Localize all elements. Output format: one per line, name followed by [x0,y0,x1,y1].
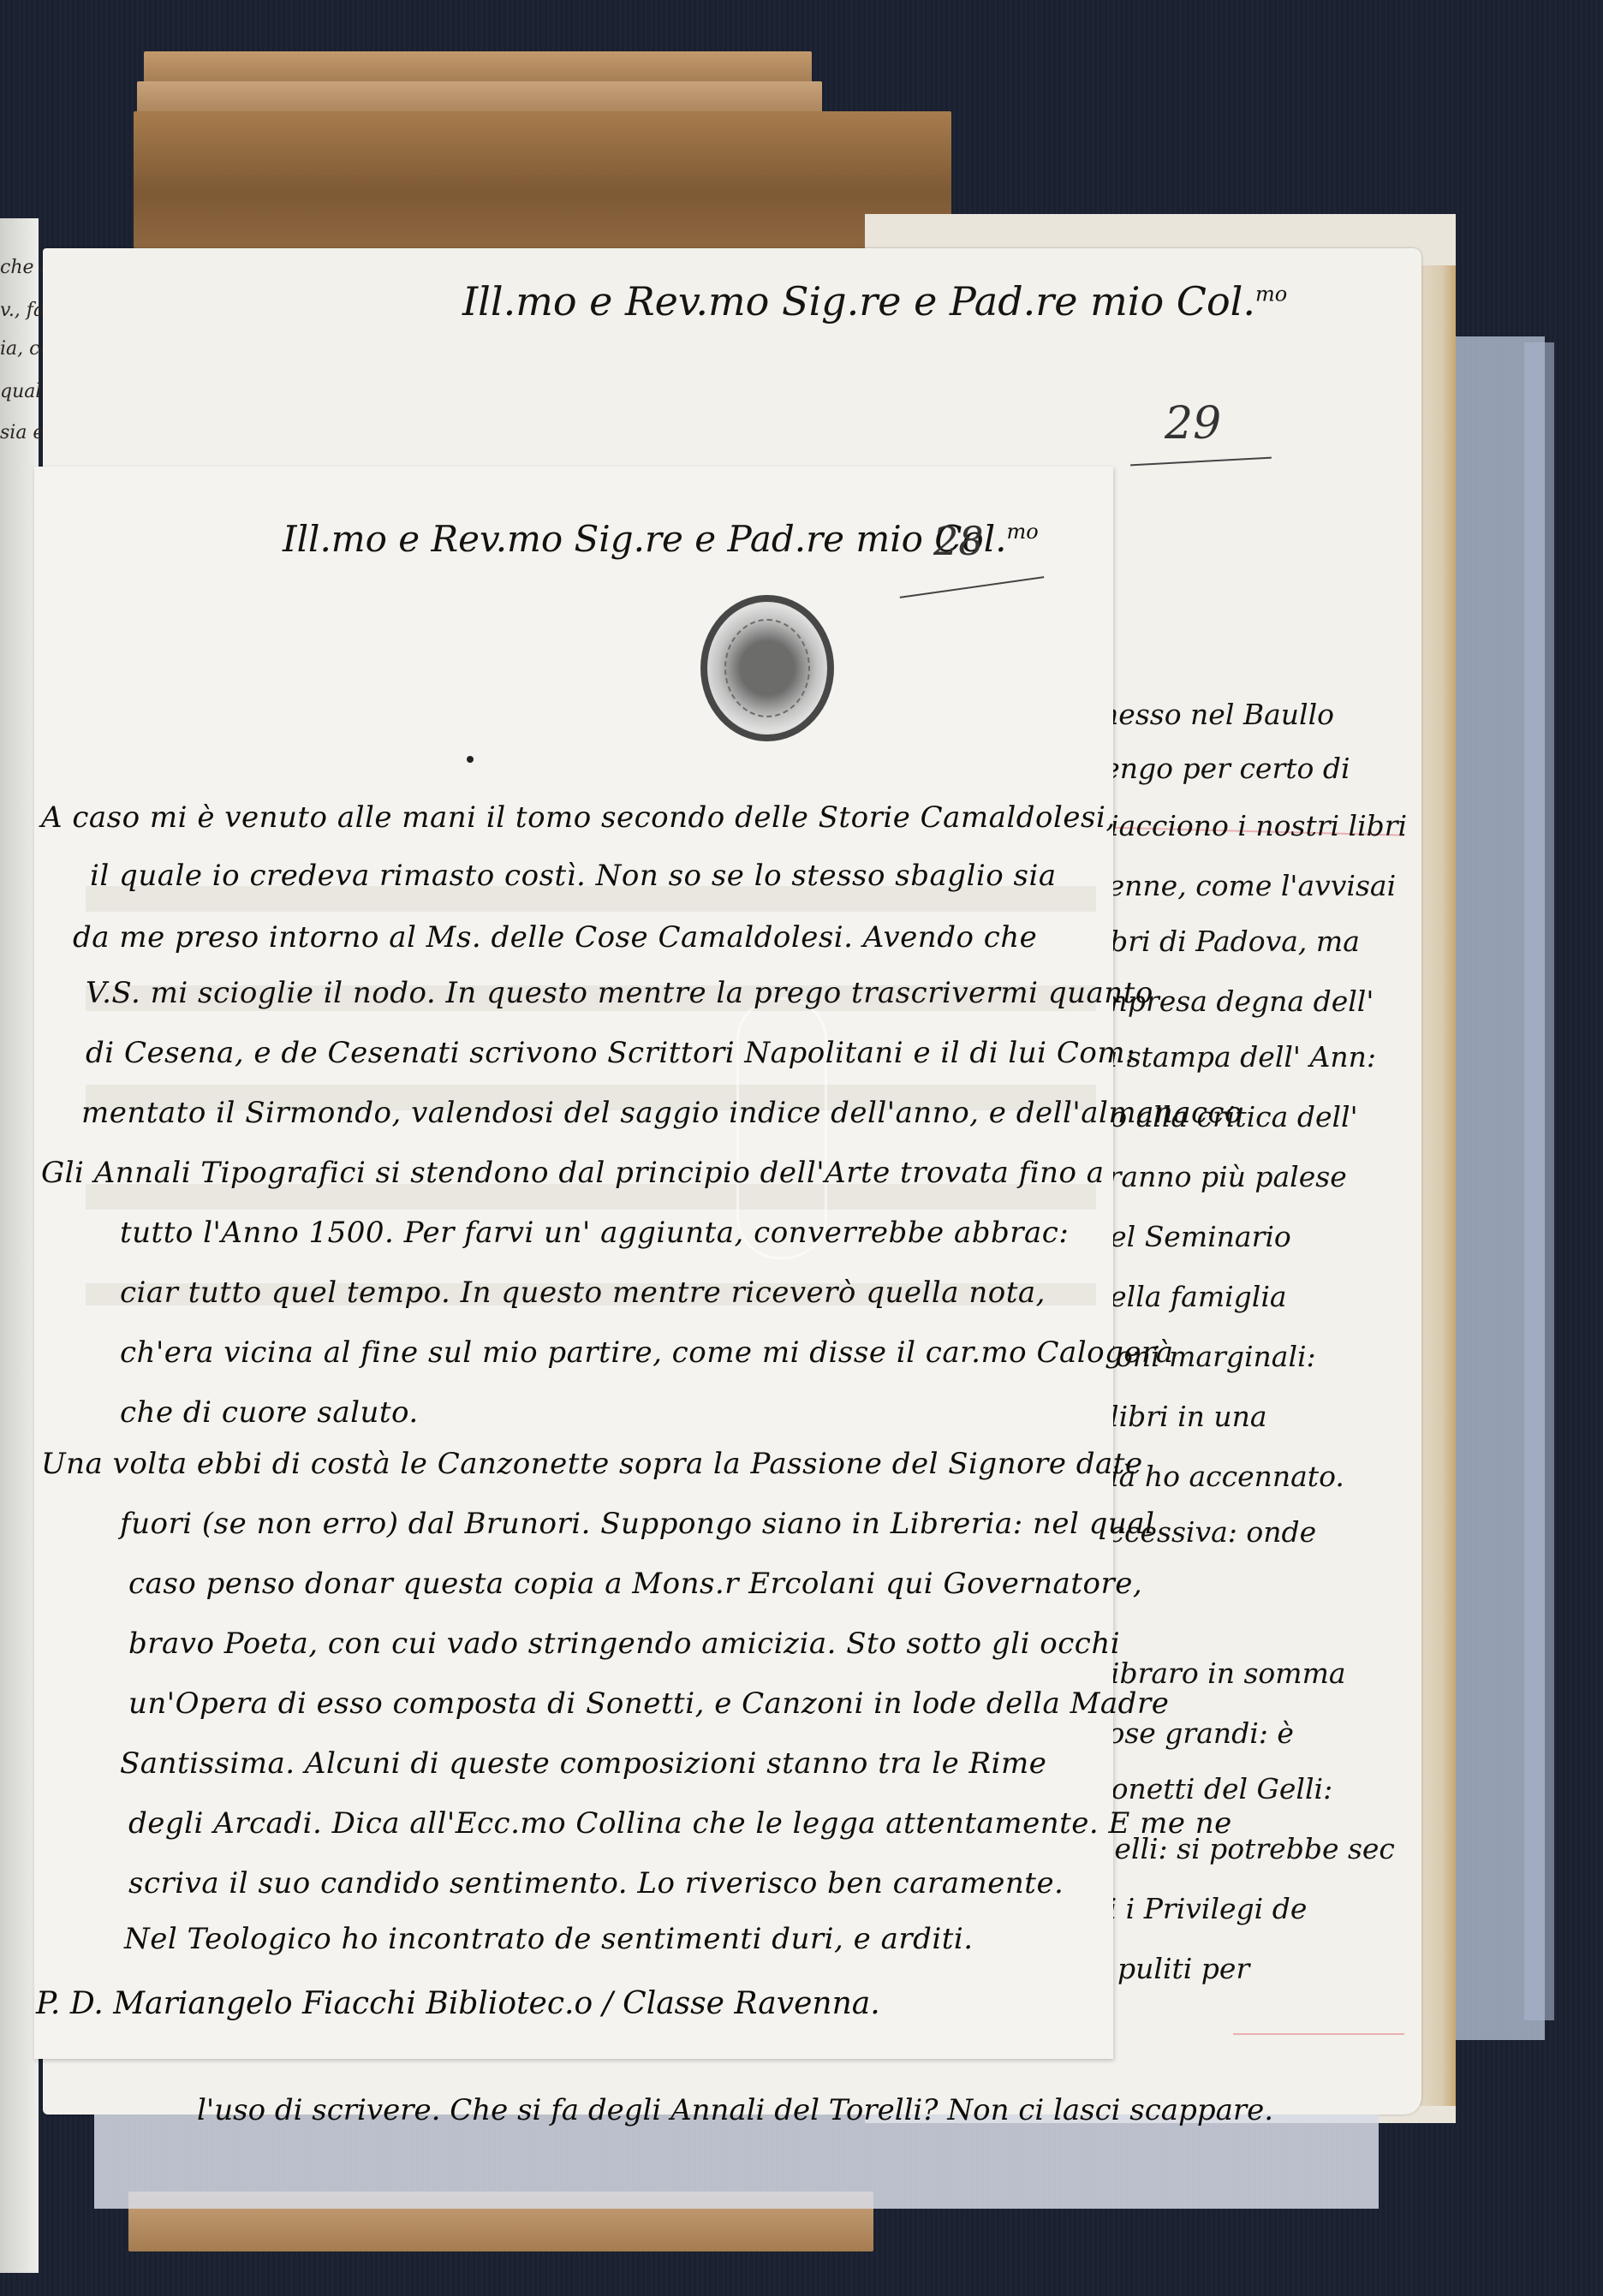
letter-body-line: bravo Poeta, con cui vado stringendo ami… [128,1627,1120,1661]
letter-body-line: un'Opera di esso composta di Sonetti, e … [128,1686,1169,1721]
page-29-line: tengo per certo di [1092,752,1350,785]
page-29-bottom-line: l'uso di scrivere. Che si fa degli Annal… [197,2093,1273,2127]
page-29-line: Sonetti del Gelli: [1092,1772,1332,1805]
letter-body-line: mentato il Sirmondo, valendosi del saggi… [81,1096,1242,1130]
letter-body-line: scriva il suo candido sentimento. Lo riv… [128,1866,1064,1900]
letter-body-line: ciar tutto quel tempo. In questo mentre … [120,1276,1046,1310]
letter-signature-address: P. D. Mariangelo Fiacchi Bibliotec.o / C… [36,1986,880,2021]
letter-body-line: Nel Teologico ho incontrato de sentiment… [124,1922,974,1956]
letter-body-line: che di cuore saluto. [120,1395,419,1430]
tissue-interleaf-edge [1524,342,1554,2020]
page-29-line: vranno più palese [1092,1160,1347,1193]
letter-28-salutation: Ill.mo e Rev.mo Sig.re e Pad.re mio Col.… [283,518,1039,560]
page-29-line: messo nel Baullo [1092,698,1334,731]
folio-underline [900,576,1045,598]
letter-body-line: Santissima. Alcuni di queste composizion… [120,1746,1046,1781]
library-stamp-icon [700,595,834,741]
page-29-line: cose grandi: è [1092,1716,1294,1750]
letter-body-line: di Cesena, e de Cesenati scrivono Scritt… [86,1036,1135,1070]
folio-underline [1130,457,1272,467]
folio-number-28: 28 [933,518,984,564]
letter-body-line: degli Arcadi. Dica all'Ecc.mo Collina ch… [128,1806,1232,1841]
page-29-salutation: Ill.mo e Rev.mo Sig.re e Pad.re mio Col.… [462,278,1287,324]
letter-body-line: Gli Annali Tipografici si stendono dal p… [41,1156,1105,1190]
page-29-line: venne, come l'avvisai [1092,869,1396,902]
page-29-line: vi i Privilegi de [1092,1892,1307,1925]
letter-body-line: caso penso donar questa copia a Mons.r E… [128,1567,1142,1601]
red-pencil-mark [1233,2033,1404,2035]
letter-body-line: tutto l'Anno 1500. Per farvi un' aggiunt… [120,1216,1069,1250]
letter-body-line: fuori (se non erro) dal Brunori. Suppong… [120,1507,1154,1541]
letter-body-line: il quale io credeva rimasto costì. Non s… [90,859,1057,893]
letter-body-line: ch'era vicina al fine sul mio partire, c… [120,1335,1174,1370]
kraft-paper-wrapper-lower [134,111,951,248]
ink-dot [467,756,474,763]
letter-body-line: da me preso intorno al Ms. delle Cose Ca… [73,920,1037,955]
page-29-line: giacciono i nostri libri [1092,809,1407,842]
left-page-edge: che &c v., facen ia, co' quali sia eji [0,218,39,2273]
letter-body-line: A caso mi è venuto alle mani il tomo sec… [41,800,1116,835]
page-29-line: del Seminario [1092,1220,1291,1253]
page-29-line: i libri in una [1092,1400,1267,1433]
page-29-line: e puliti per [1092,1952,1249,1985]
left-page-fragment: quali [0,381,47,402]
letter-body-line: Una volta ebbi di costà le Canzonette so… [41,1447,1143,1481]
page-29-line: libri di Padova, ma [1092,925,1360,958]
folio-number-29: 29 [1165,398,1221,449]
page-29-line: Libraro in somma [1092,1657,1346,1690]
page-29-line: della famiglia [1092,1280,1287,1313]
letter-body-line: V.S. mi scioglie il nodo. In questo ment… [86,976,1153,1010]
tissue-interleaf-bottom [94,2115,1379,2209]
